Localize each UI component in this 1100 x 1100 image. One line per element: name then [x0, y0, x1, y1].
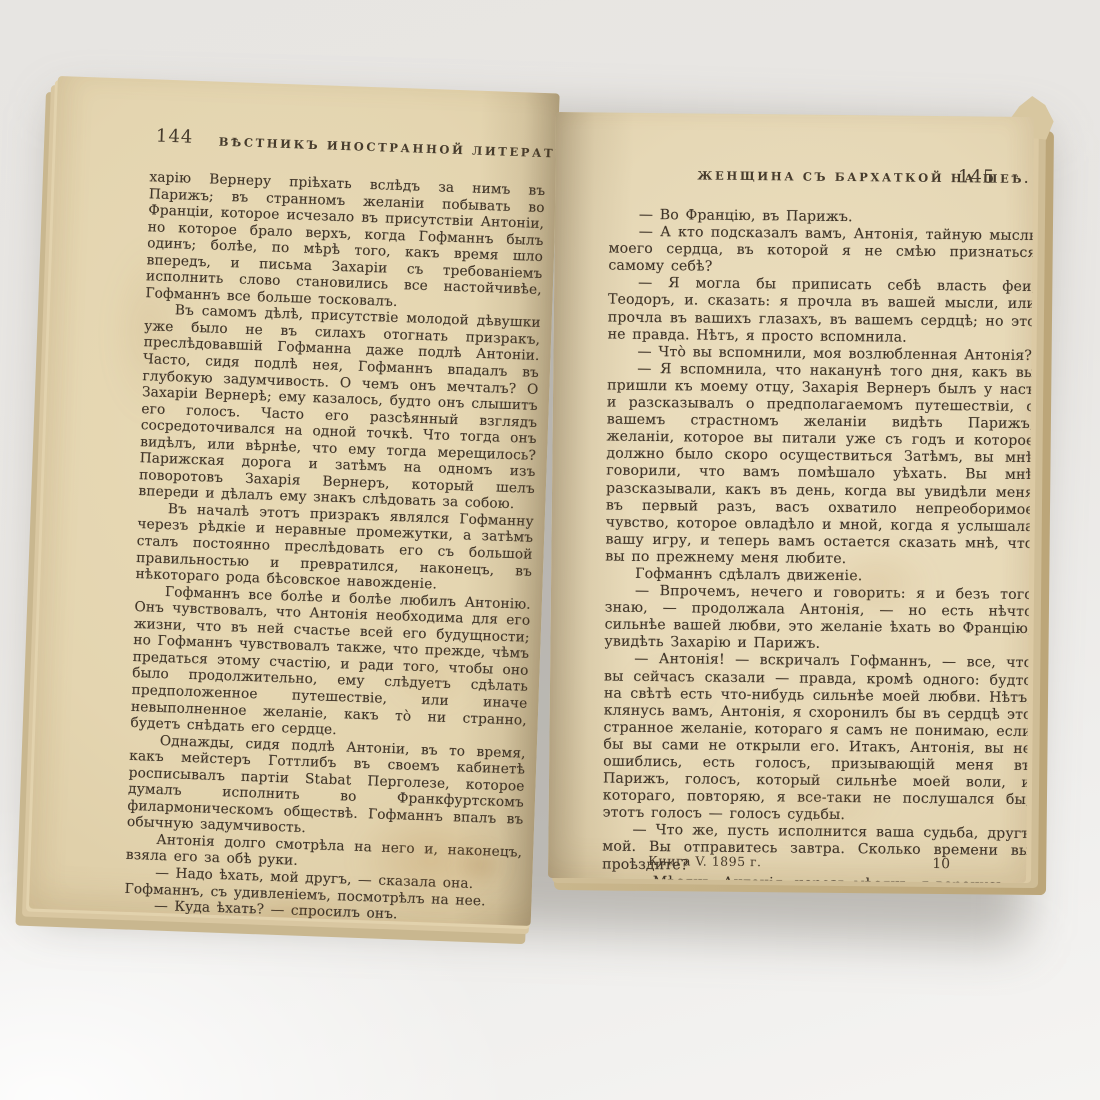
- photo-scene: 144 ВѢСТНИКЪ ИНОСТРАННОЙ ЛИТЕРАТУРЫ. хар…: [0, 0, 1100, 1100]
- paragraph: — Впрочемъ, нечего и говорить: я и безъ …: [604, 583, 1033, 656]
- right-page-number: 145: [958, 166, 996, 187]
- edition-note: Книга V. 1895 г.: [648, 853, 762, 869]
- paragraph: — А кто подсказалъ вамъ, Антонія, тайную…: [608, 224, 1034, 280]
- right-running-head: ЖЕНЩИНА СЪ БАРХАТКОЙ НА ШЕѢ. 145: [556, 112, 1034, 157]
- left-page: 144 ВѢСТНИКЪ ИНОСТРАННОЙ ЛИТЕРАТУРЫ. хар…: [29, 76, 560, 926]
- left-page-text: харію Вернеру пріѣхать вслѣдъ за нимъ въ…: [124, 169, 546, 926]
- paragraph: Однажды, сидя подлѣ Антоніи, въ то время…: [127, 732, 526, 845]
- page-footer: Книга V. 1895 г. 10: [602, 853, 1030, 881]
- paragraph: — Антонія! — вскричалъ Гофманнъ, — все, …: [603, 651, 1033, 826]
- paragraph: Въ началѣ этотъ призракъ являлся Гофманн…: [135, 500, 534, 597]
- signature-number: 10: [932, 856, 950, 872]
- left-page-number: 144: [156, 125, 194, 147]
- left-running-title: ВѢСТНИКЪ ИНОСТРАННОЙ ЛИТЕРАТУРЫ.: [219, 135, 484, 158]
- paragraph: харію Вернеру пріѣхать вслѣдъ за нимъ въ…: [145, 169, 545, 315]
- right-page-text: — Во Францію, въ Парижъ.— А кто подсказа…: [601, 207, 1034, 883]
- paragraph: Въ самомъ дѣлѣ, присутствіе молодой дѣву…: [138, 302, 541, 514]
- right-running-title: ЖЕНЩИНА СЪ БАРХАТКОЙ НА ШЕѢ.: [697, 168, 922, 184]
- left-running-head: 144 ВѢСТНИКЪ ИНОСТРАННОЙ ЛИТЕРАТУРЫ.: [57, 76, 560, 133]
- paragraph: — Я могла бы приписать себѣ власть феи, …: [608, 275, 1034, 348]
- right-page: ЖЕНЩИНА СЪ БАРХАТКОЙ НА ШЕѢ. 145 — Во Фр…: [548, 112, 1034, 883]
- paragraph: Гофманнъ все болѣе и болѣе любилъ Антоні…: [130, 583, 531, 746]
- paragraph: — Я вспомнила, что наканунѣ того дня, ка…: [605, 360, 1034, 570]
